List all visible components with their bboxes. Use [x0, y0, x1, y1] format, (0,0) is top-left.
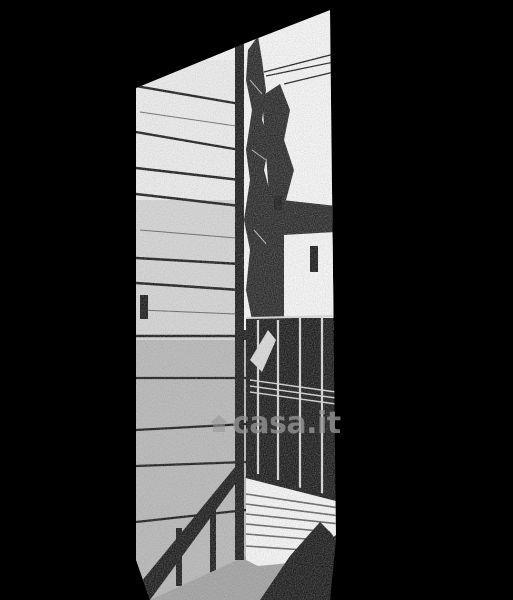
film-noise [0, 0, 513, 600]
photo-scene [0, 0, 513, 600]
